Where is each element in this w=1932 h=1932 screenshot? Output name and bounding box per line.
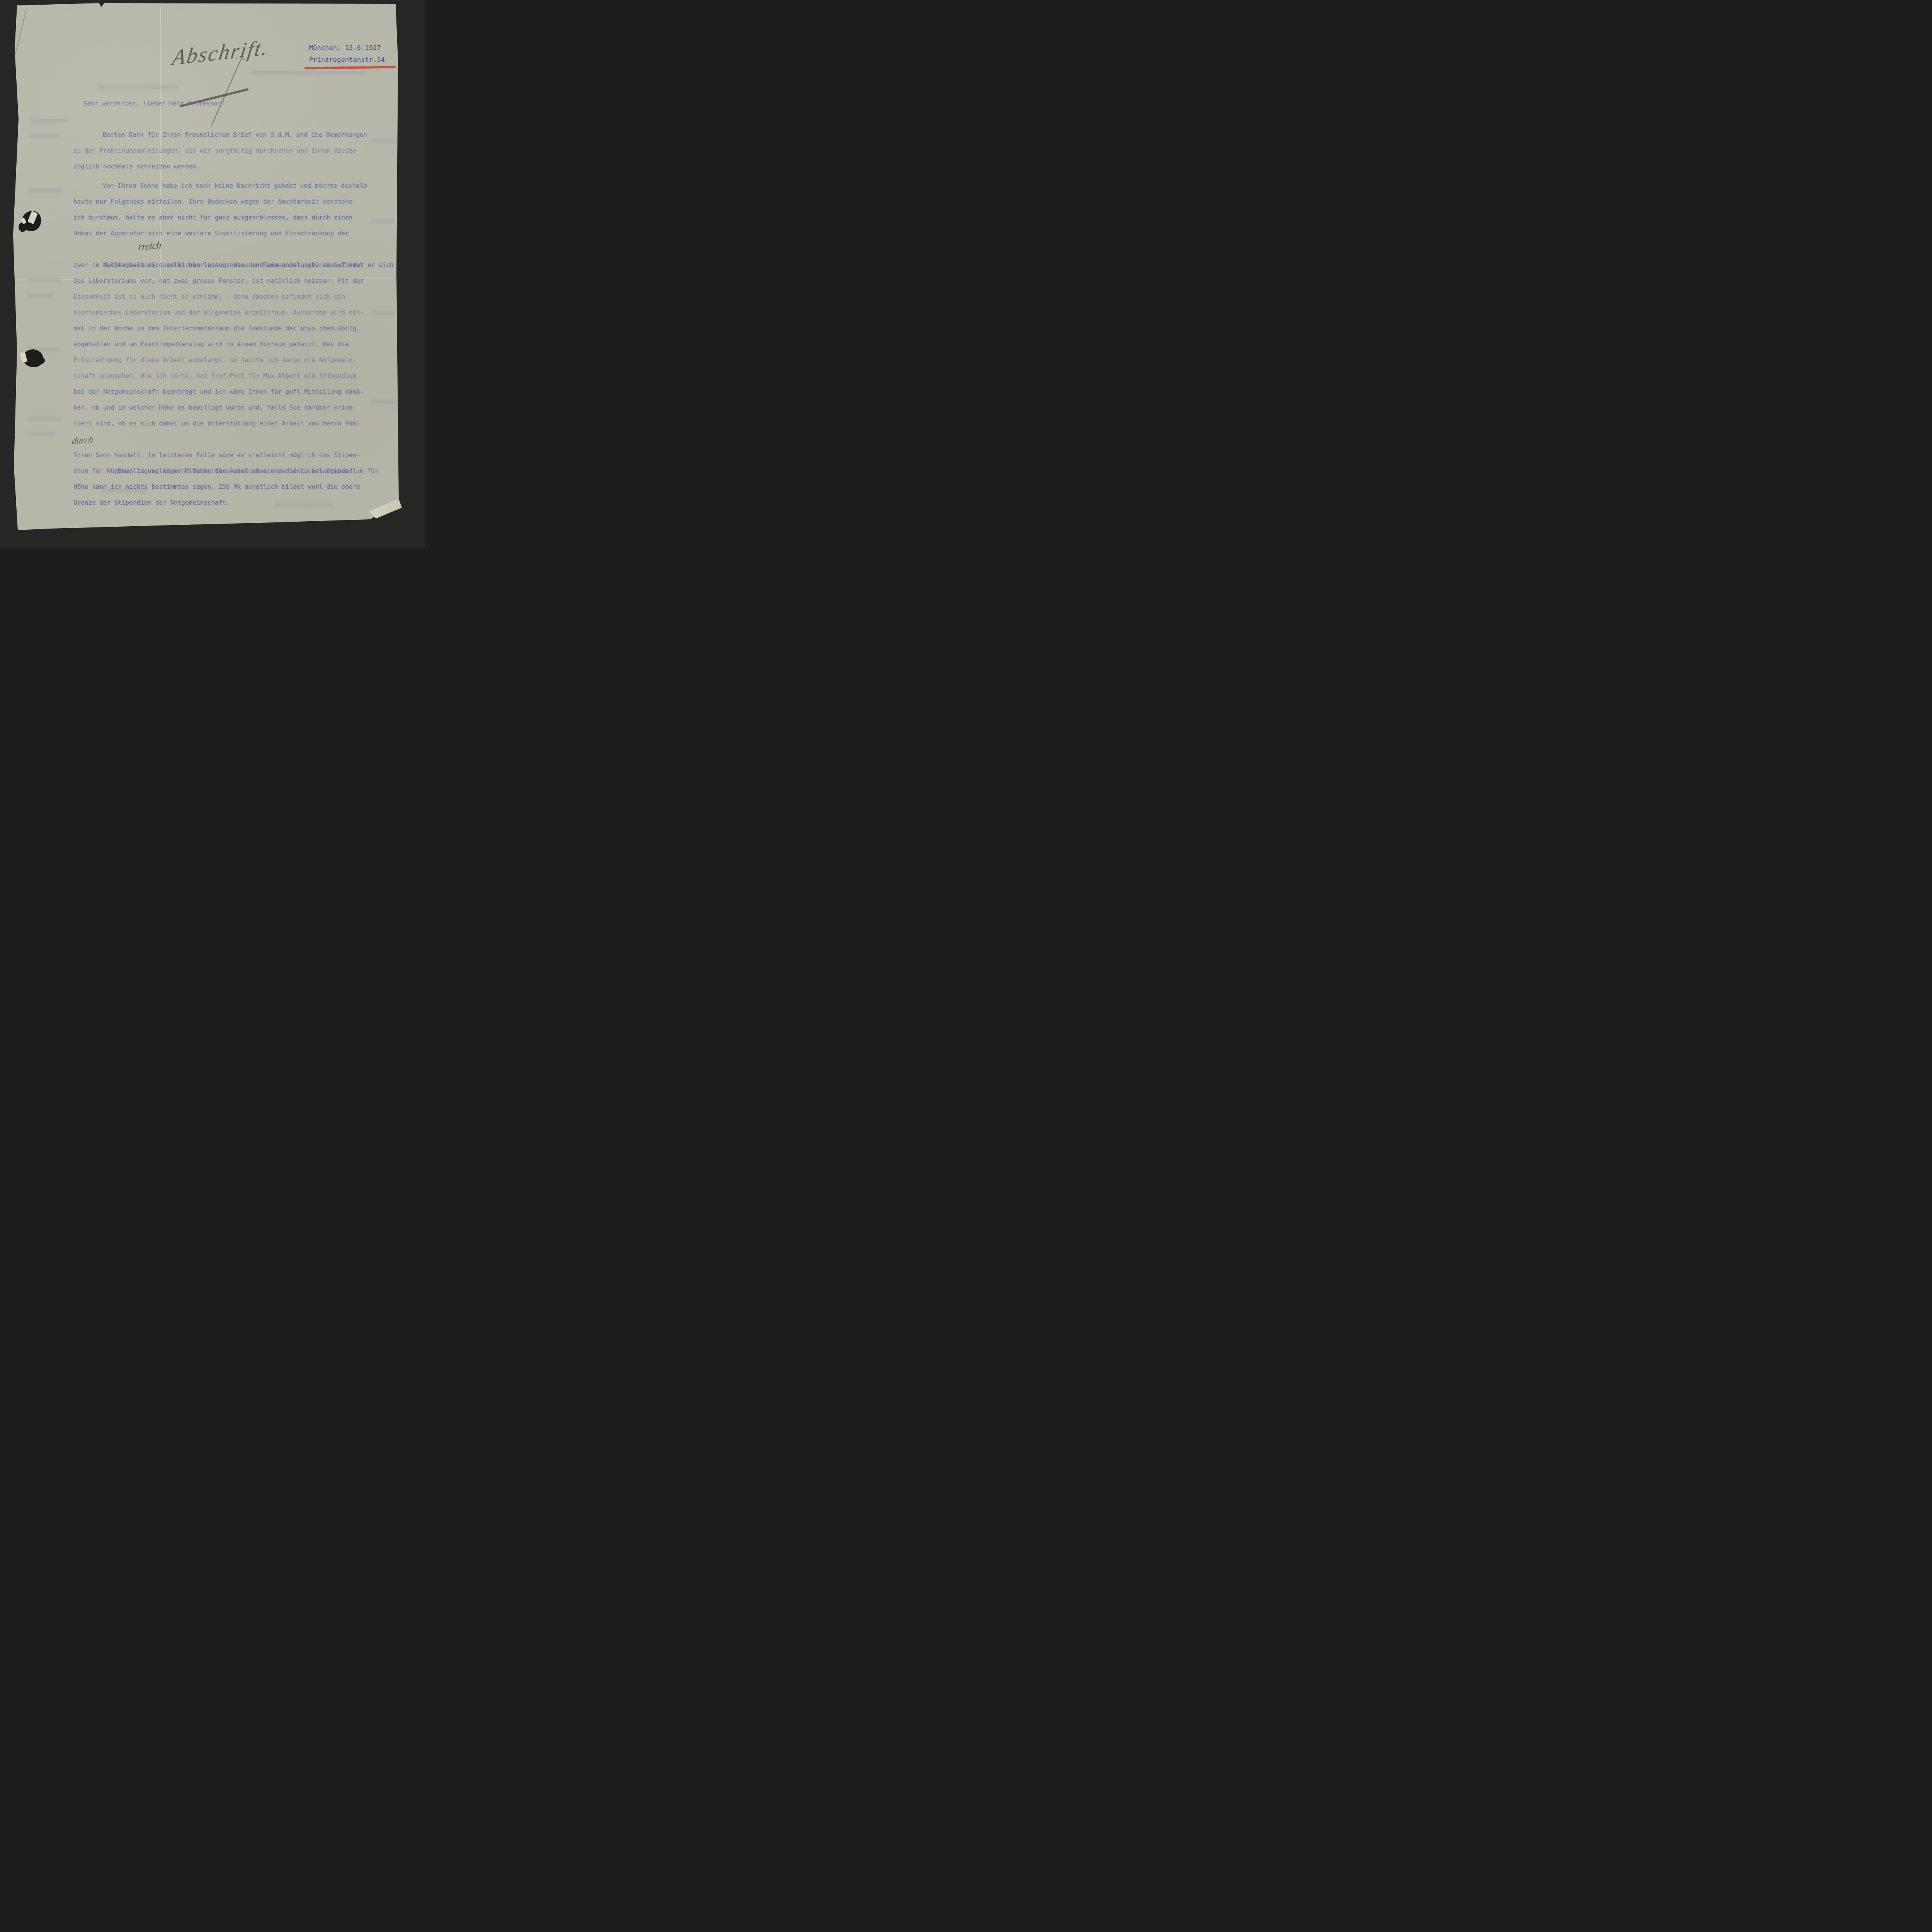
letterhead-date-block: München, 15.6.1927 Prinzregentenstr.54 — [309, 42, 385, 66]
bleed-through-smudge — [274, 503, 332, 507]
typed-line: dium für Wüppnen zu verlängern. Ueber di… — [73, 463, 379, 479]
typed-line: Entschädigung für diese Arbeit anbelangt… — [73, 352, 379, 368]
typed-line: ich durchaus, halte es aber nicht für ga… — [73, 209, 379, 225]
typed-line: bar, ob und in welcher Höhe es bewilligt… — [73, 400, 379, 415]
handwritten-correction: rreich — [138, 237, 162, 255]
handwritten-copy-label: Abschrift. — [171, 35, 270, 70]
typed-line: Von Ihrem Sohne habe ich noch keine Nach… — [73, 178, 379, 194]
bleed-through-smudge — [371, 400, 395, 403]
paper-hole — [19, 223, 26, 232]
typed-line: Nachtarbeit wird erreichen lassen. Was d… — [73, 241, 379, 257]
bleed-through-smudge — [371, 219, 394, 223]
typed-line: tiert sind, ob es sich dabei um die Unte… — [73, 415, 379, 431]
city-date-line: München, 15.6.1927 — [309, 42, 385, 54]
typed-line: abgehalten und am Faschingsdienstag wird… — [73, 336, 379, 352]
bleed-through-smudge — [31, 119, 68, 122]
typed-line: durch Bewilligung eines Mitarbeiters ode… — [73, 431, 379, 447]
letter-page: Abschrift. München, 15.6.1927 Prinzregen… — [4, 3, 403, 535]
typed-line: heute nur Folgendes mitteilen. Ihre Bede… — [73, 194, 379, 209]
typed-line: Grenze der Stipendien der Notgemeinschaf… — [73, 495, 379, 510]
typed-line: biochemisches Laboratorium und der allge… — [73, 304, 379, 320]
red-pencil-underline — [304, 66, 396, 70]
bleed-through-smudge — [251, 71, 367, 75]
typed-line: Einsamkeit ist es auch nicht so schlimm,… — [73, 289, 379, 304]
bleed-through-smudge — [29, 134, 60, 138]
bleed-through-smudge — [28, 348, 58, 351]
bleed-through-smudge — [100, 489, 147, 492]
typed-line: Ihren Sohn handelt. Im letzteren Falle w… — [73, 447, 379, 463]
typed-line: des Laboratoriums vor, hat zwei grosse F… — [73, 273, 379, 289]
bleed-through-smudge — [371, 312, 393, 315]
typed-line: mal in der Woche in dem Interferometerra… — [73, 320, 379, 336]
bleed-through-smudge — [27, 294, 54, 297]
typed-line: bei der Notgemeinschaft beantragt und ic… — [73, 384, 379, 400]
scanned-letter: Abschrift. München, 15.6.1927 Prinzregen… — [0, 0, 425, 549]
paper-hole — [39, 357, 45, 364]
salutation: Sehr verehrter, lieber Herr Professor! — [83, 100, 225, 107]
bleed-through-smudge — [97, 86, 178, 89]
bleed-through-smudge — [27, 433, 54, 436]
typed-line: zwar im Kellergeschoss, stellt aber ein … — [73, 257, 379, 273]
address-line: Prinzregentenstr.54 — [309, 54, 385, 66]
typed-line: Umbau der Apparatur sich eine weitere St… — [73, 225, 379, 241]
bleed-through-smudge — [28, 417, 61, 420]
typed-line: zu den Praktikumsanleitungen, die wir so… — [73, 143, 379, 158]
handwritten-insertion: durch — [71, 432, 95, 449]
bleed-through-smudge — [28, 278, 63, 281]
bleed-through-smudge — [28, 189, 61, 192]
bleed-through-smudge — [371, 139, 396, 142]
ink-speckles — [235, 56, 245, 61]
letter-body: Besten Dank für Ihren freundlichen Brief… — [73, 127, 379, 510]
paper-fold-line — [14, 9, 27, 58]
typed-line: Besten Dank für Ihren freundlichen Brief… — [73, 127, 379, 143]
typed-line: züglich nochmals schreiben werden. — [73, 158, 379, 174]
typed-line: schaft anzugehen. Wie ich hörte, hat Pro… — [73, 368, 379, 384]
